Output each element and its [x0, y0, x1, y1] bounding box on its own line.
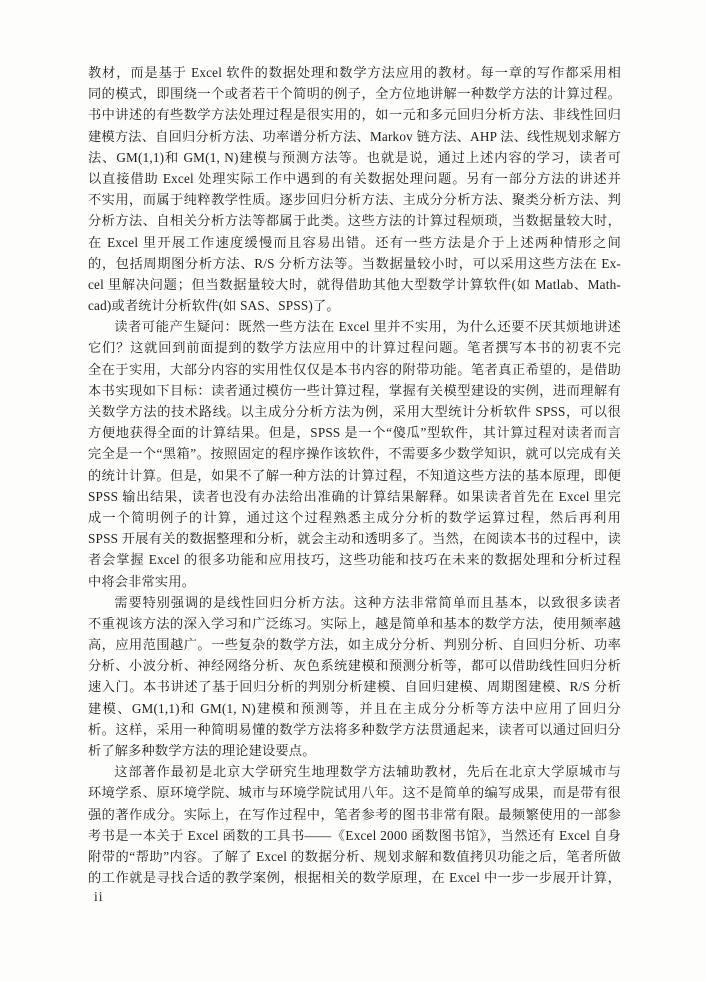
- text-line: 中将会非常实用。: [88, 571, 621, 592]
- text-line: 考书是一本关于 Excel 函数的工具书——《Excel 2000 函数图书馆》…: [88, 825, 621, 846]
- text-line: 需要特别强调的是线性回归分析方法。这种方法非常简单而且基本，以致很多读者: [88, 592, 621, 613]
- text-line: 在 Excel 里开展工作速度缓慢而且容易出错。还有一些方法是介于上述两种情形之…: [88, 232, 621, 253]
- text-line: 这部著作最初是北京大学研究生地理数学方法辅助教材，先后在北京大学原城市与: [88, 761, 621, 782]
- text-line: 者会掌握 Excel 的很多功能和应用技巧，这些功能和技巧在未来的数据处理和分析…: [88, 549, 621, 570]
- text-line: 环境学系、原环境学院、城市与环境学院试用八年。这不是简单的编写成果，而是带有很: [88, 782, 621, 803]
- text-line: 全在于实用，大部分内容的实用性仅仅是本书内容的附带功能。笔者真正希望的，是借助: [88, 359, 621, 380]
- text-line: 不重视该方法的深入学习和广泛练习。实际上，越是简单和基本的数学方法，使用频率越: [88, 613, 621, 634]
- text-line: 法、GM(1,1)和 GM(1, N)建模与预测方法等。也就是说，通过上述内容的…: [88, 147, 621, 168]
- text-line: 不实用，而属于纯粹教学性质。逐步回归分析方法、主成分分析方法、聚类分析方法、判别: [88, 189, 621, 210]
- text-line: cad)或者统计分析软件(如 SAS、SPSS)了。: [88, 295, 621, 316]
- text-line: 完全是一个“黑箱”。按照固定的程序操作该软件，不需要多少数学知识，就可以完成有关: [88, 443, 621, 464]
- text-line: SPSS 输出结果，读者也没有办法给出准确的计算结果解释。如果读者首先在 Exc…: [88, 486, 621, 507]
- text-line: 建模方法、自回归分析方法、功率谱分析方法、Markov 链方法、AHP 法、线性…: [88, 126, 621, 147]
- text-line: 以直接借助 Excel 处理实际工作中遇到的有关数据处理问题。另有一部分方法的讲…: [88, 168, 621, 189]
- text-line: 的，包括周期图分析方法、R/S 分析方法等。当数据量较小时，可以采用这些方法在 …: [88, 253, 621, 274]
- text-line: 分析方法、自相关分析方法等都属于此类。这些方法的计算过程烦琐，当数据量较大时，: [88, 210, 621, 231]
- text-line: 的统计计算。但是，如果不了解一种方法的计算过程，不知道这些方法的基本原理，即便: [88, 465, 621, 486]
- text-line: cel 里解决问题；但当数据量较大时，就得借助其他大型数学计算软件(如 Matl…: [88, 274, 621, 295]
- text-line: 建模、GM(1,1)和 GM(1, N)建模和预测等，并且在主成分分析等方法中应…: [88, 698, 621, 719]
- book-page: 教材，而是基于 Excel 软件的数据处理和数学方法应用的教材。每一章的写作都采…: [0, 0, 706, 982]
- text-line: 成一个简明例子的计算，通过这个过程熟悉主成分分析的数学运算过程，然后再利用: [88, 507, 621, 528]
- text-line: 速入门。本书讲述了基于回归分析的判别分析建模、自回归建模、周期图建模、R/S 分…: [88, 676, 621, 697]
- text-line: 同的模式，即围绕一个或者若干个简明的例子，全方位地讲解一种数学方法的计算过程。: [88, 83, 621, 104]
- text-line: 的工作就是寻找合适的教学案例，根据相关的数学原理，在 Excel 中一步一步展开…: [88, 867, 621, 888]
- text-line: 析了解多种数学方法的理论建设要点。: [88, 740, 621, 761]
- text-line: 方便地获得全面的计算结果。但是，SPSS 是一个“傻瓜”型软件，其计算过程对读者…: [88, 422, 621, 443]
- text-line: 读者可能产生疑问：既然一些方法在 Excel 里并不实用，为什么还要不厌其烦地讲…: [88, 316, 621, 337]
- text-line: 高，应用范围越广。一些复杂的数学方法，如主成分分析、判别分析、自回归分析、功率谱: [88, 634, 621, 655]
- text-line: 强的著作成分。实际上，在写作过程中，笔者参考的图书非常有限。最频繁使用的一部参: [88, 804, 621, 825]
- text-line: 分析、小波分析、神经网络分析、灰色系统建模和预测分析等，都可以借助线性回归分析快: [88, 655, 621, 676]
- text-line: 书中讲述的有些数学方法处理过程是很实用的，如一元和多元回归分析方法、非线性回归: [88, 104, 621, 125]
- text-line: 析。这样，采用一种简明易懂的数学方法将多种数学方法贯通起来，读者可以通过回归分: [88, 719, 621, 740]
- text-line: SPSS 开展有关的数据整理和分析，就会主动和透明多了。当然，在阅读本书的过程中…: [88, 528, 621, 549]
- text-line: 本书实现如下目标：读者通过模仿一些计算过程，掌握有关模型建设的实例，进而理解有: [88, 380, 621, 401]
- document-body: 教材，而是基于 Excel 软件的数据处理和数学方法应用的教材。每一章的写作都采…: [88, 62, 621, 888]
- page-number: ii: [94, 888, 104, 906]
- text-line: 附带的“帮助”内容。了解了 Excel 的数据分析、规划求解和数值拷贝功能之后，…: [88, 846, 621, 867]
- text-line: 它们？这就回到前面提到的数学方法应用中的计算过程问题。笔者撰写本书的初衷不完: [88, 337, 621, 358]
- text-line: 关数学方法的技术路线。以主成分分析方法为例，采用大型统计分析软件 SPSS，可以…: [88, 401, 621, 422]
- text-line: 教材，而是基于 Excel 软件的数据处理和数学方法应用的教材。每一章的写作都采…: [88, 62, 621, 83]
